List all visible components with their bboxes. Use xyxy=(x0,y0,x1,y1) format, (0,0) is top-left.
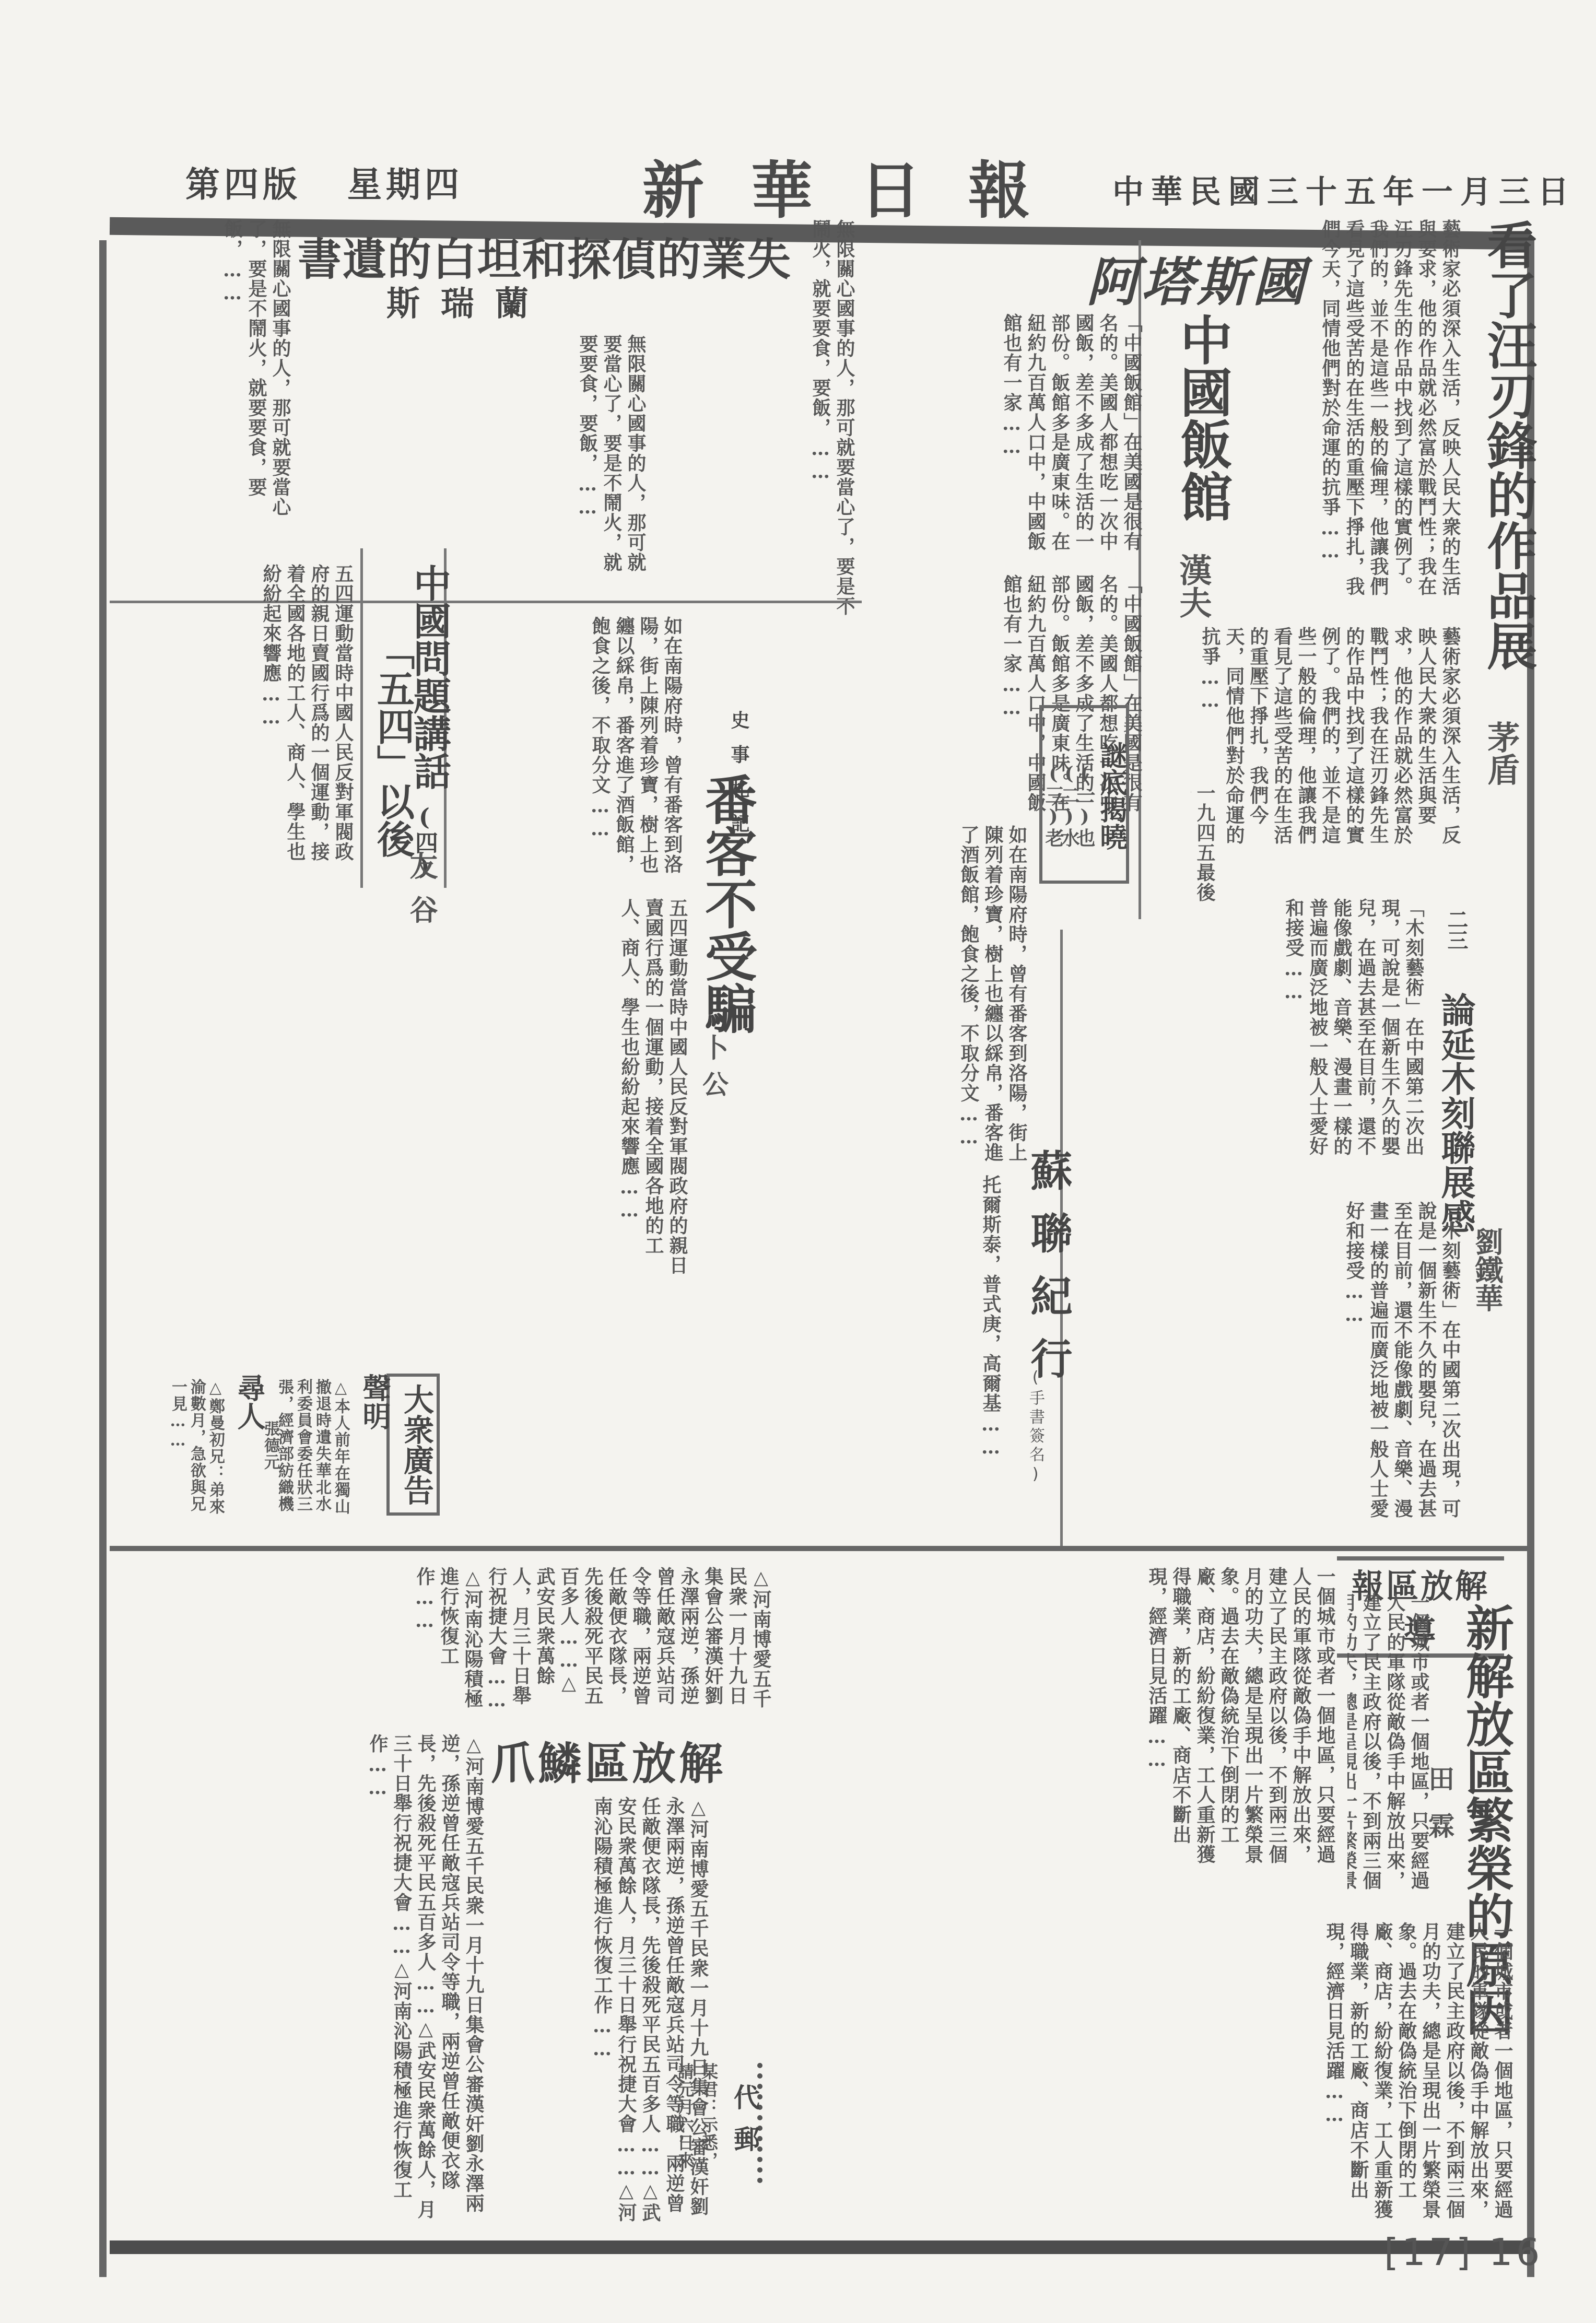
article-body: 托爾斯泰，普式庚，高爾基…… xyxy=(460,1175,1003,1530)
article-body: 五四運動當時中國人民反對軍閥政府的親日賣國行爲的一個運動，接着全國各地的工人、商… xyxy=(115,564,355,877)
archive-page-index: [17] 16 xyxy=(1384,2230,1543,2274)
article-author: 劉鐵華 xyxy=(1468,1227,1508,1312)
article-title: 解放區鱗爪 xyxy=(491,1729,726,1792)
missing-person-title: 尋人 xyxy=(230,1374,270,1430)
article-body: △河南博愛五千民衆一月十九日集會公審漢奸劉永澤兩逆，孫逆曾任敵寇兵站司令等職，兩… xyxy=(120,1567,773,1713)
article-body-continued: 「木刻藝術」在中國第二次出現，可說是一個新生不久的嬰兒，在過去甚至在目前，還不能… xyxy=(1065,1201,1462,1525)
article-body: 一個城市或者一個地區，只要經過人民的軍隊從敵偽手中解放出來，建立了民主政府以後，… xyxy=(1347,1593,1431,1906)
article-body: 「中國飯館」在美國是很有名的。美國人都想吃一次中國飯，差不多成了生活的一部份。飯… xyxy=(862,313,1144,559)
letters-body: 某君：示悉，請元月六日來報門市部一談。 xyxy=(679,2063,721,2183)
author-signature: (手書簽名) xyxy=(1024,1368,1047,1486)
article-title: 蘇聯紀行 xyxy=(1018,1149,1078,1400)
notice-body: △本人前年在獨山撤退時遺失華北水利委員會委任狀三張，經濟部紡織機製公司聘書一張及… xyxy=(277,1379,350,1525)
article-body: 「木刻藝術」在中國第二次出現，可說是一個新生不久的嬰兒，在過去甚至在目前，還不能… xyxy=(1253,898,1426,1170)
article-title: 中國飯館 xyxy=(1165,313,1240,522)
notice-title: 聲明 xyxy=(355,1374,395,1430)
column-divider xyxy=(360,548,363,888)
notice-signature: 張德元(啓) xyxy=(261,1421,282,1525)
article-body-continued: △河南博愛五千民衆一月十九日集會公審漢奸劉永澤兩逆，孫逆曾任敵寇兵站司令等職，兩… xyxy=(120,1734,486,2225)
article-title: 論延木刻聯展感 xyxy=(1431,992,1481,1234)
riddle-answer-3: (三)老鼠 xyxy=(1045,762,1065,857)
column-banner: 阿塔斯國 xyxy=(1086,240,1308,315)
issue-date: 中華民國三十五年一月三日 xyxy=(1112,167,1576,212)
article-body-continued: 無限關心國事的人，那可就要當心了，要是不鬧火，就要要食，要飯，…… xyxy=(292,334,648,574)
article-body-continued: 一個城市或者一個地區，只要經過人民的軍隊從敵偽手中解放出來，建立了民主政府以後，… xyxy=(783,1567,1337,1880)
article-author: 茅盾 xyxy=(1478,721,1524,785)
missing-person-body: △鄭曼初兄：弟來渝數月，急欲與兄一見…… xyxy=(120,1379,225,1525)
ads-title: 大衆廣告 xyxy=(394,1384,438,1505)
masthead: 新華日報 xyxy=(642,141,1077,230)
article-prefix: 二三 xyxy=(1441,909,1471,951)
page-number: 第四版 xyxy=(185,157,301,206)
article-title: 看了汪刃鋒的作品展 xyxy=(1473,219,1544,671)
article-title: 「五四」以後 xyxy=(366,632,420,858)
bottom-rule xyxy=(110,2240,1530,2254)
article-body: 如在南陽府時，曾有番客到洛陽，街上陳列着珍寶，樹上也纏以綵帛，番客進了酒飯館，飽… xyxy=(454,616,684,888)
article-body-continued: 一個城市或者一個地區，只要經過人民的軍隊從敵偽手中解放出來，建立了民主政府以後，… xyxy=(898,1922,1515,2225)
article-title: 番客不受騙 xyxy=(689,773,765,1034)
weekday: 星期四 xyxy=(347,157,463,206)
article-date-line: 一九四五最後一日 xyxy=(1191,783,1217,909)
article-author: 卜公 xyxy=(695,1034,732,1107)
article-body: 無限關心國事的人，那可就要當心了，要是不鬧火，就要要食，要飯，…… xyxy=(120,219,292,533)
letters-title: 代郵 xyxy=(726,2084,764,2167)
article-body-continued: 無限關心國事的人，那可就要當心了，要是不鬧火，就要要食，要飯，…… xyxy=(658,219,856,616)
article-body-continued: 如在南陽府時，曾有番客到洛陽，街上陳列着珍寶，樹上也纏以綵帛，番客進了酒飯館，飽… xyxy=(757,825,1029,1180)
article-author: 斯瑞蘭 xyxy=(386,277,549,325)
section-rule xyxy=(110,1546,1530,1551)
article-author: 漢夫 xyxy=(1170,554,1216,618)
riddle-title: 謎底揭曉 xyxy=(1092,742,1131,850)
